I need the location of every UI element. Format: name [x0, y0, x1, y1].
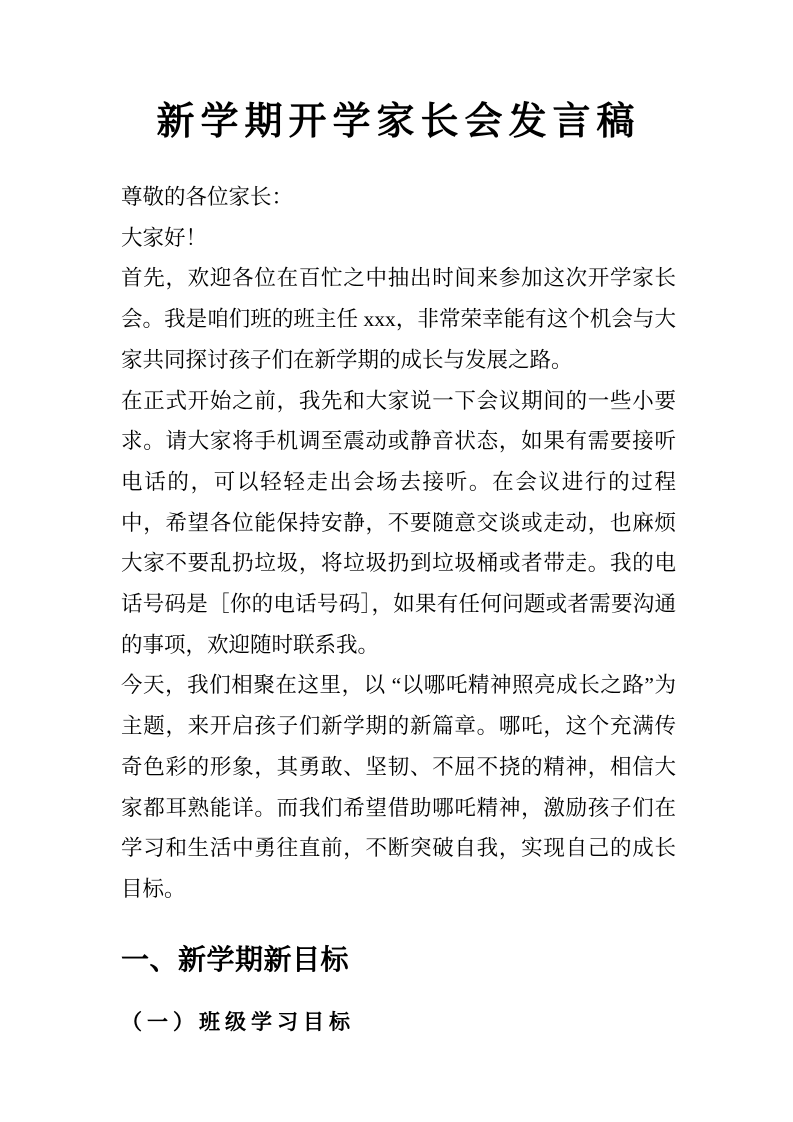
paragraph-greeting: 大家好！	[121, 218, 676, 259]
document-page: 新学期开学家长会发言稿 尊敬的各位家长： 大家好！ 首先，欢迎各位在百忙之中抽出…	[0, 0, 793, 1122]
document-title: 新学期开学家长会发言稿	[121, 97, 676, 147]
paragraph-salutation: 尊敬的各位家长：	[121, 177, 676, 218]
subsection-heading-class-study-goals: （一）班级学习目标	[121, 1007, 676, 1039]
paragraph-theme: 今天，我们相聚在这里，以 “以哪吒精神照亮成长之路”为主题，来开启孩子们新学期的…	[121, 665, 676, 909]
paragraph-welcome: 首先，欢迎各位在百忙之中抽出时间来参加这次开学家长会。我是咱们班的班主任 xxx…	[121, 258, 676, 380]
section-heading-new-semester-goals: 一、新学期新目标	[121, 940, 676, 982]
document-body: 尊敬的各位家长： 大家好！ 首先，欢迎各位在百忙之中抽出时间来参加这次开学家长会…	[121, 177, 676, 910]
paragraph-meeting-rules: 在正式开始之前，我先和大家说一下会议期间的一些小要求。请大家将手机调至震动或静音…	[121, 381, 676, 666]
